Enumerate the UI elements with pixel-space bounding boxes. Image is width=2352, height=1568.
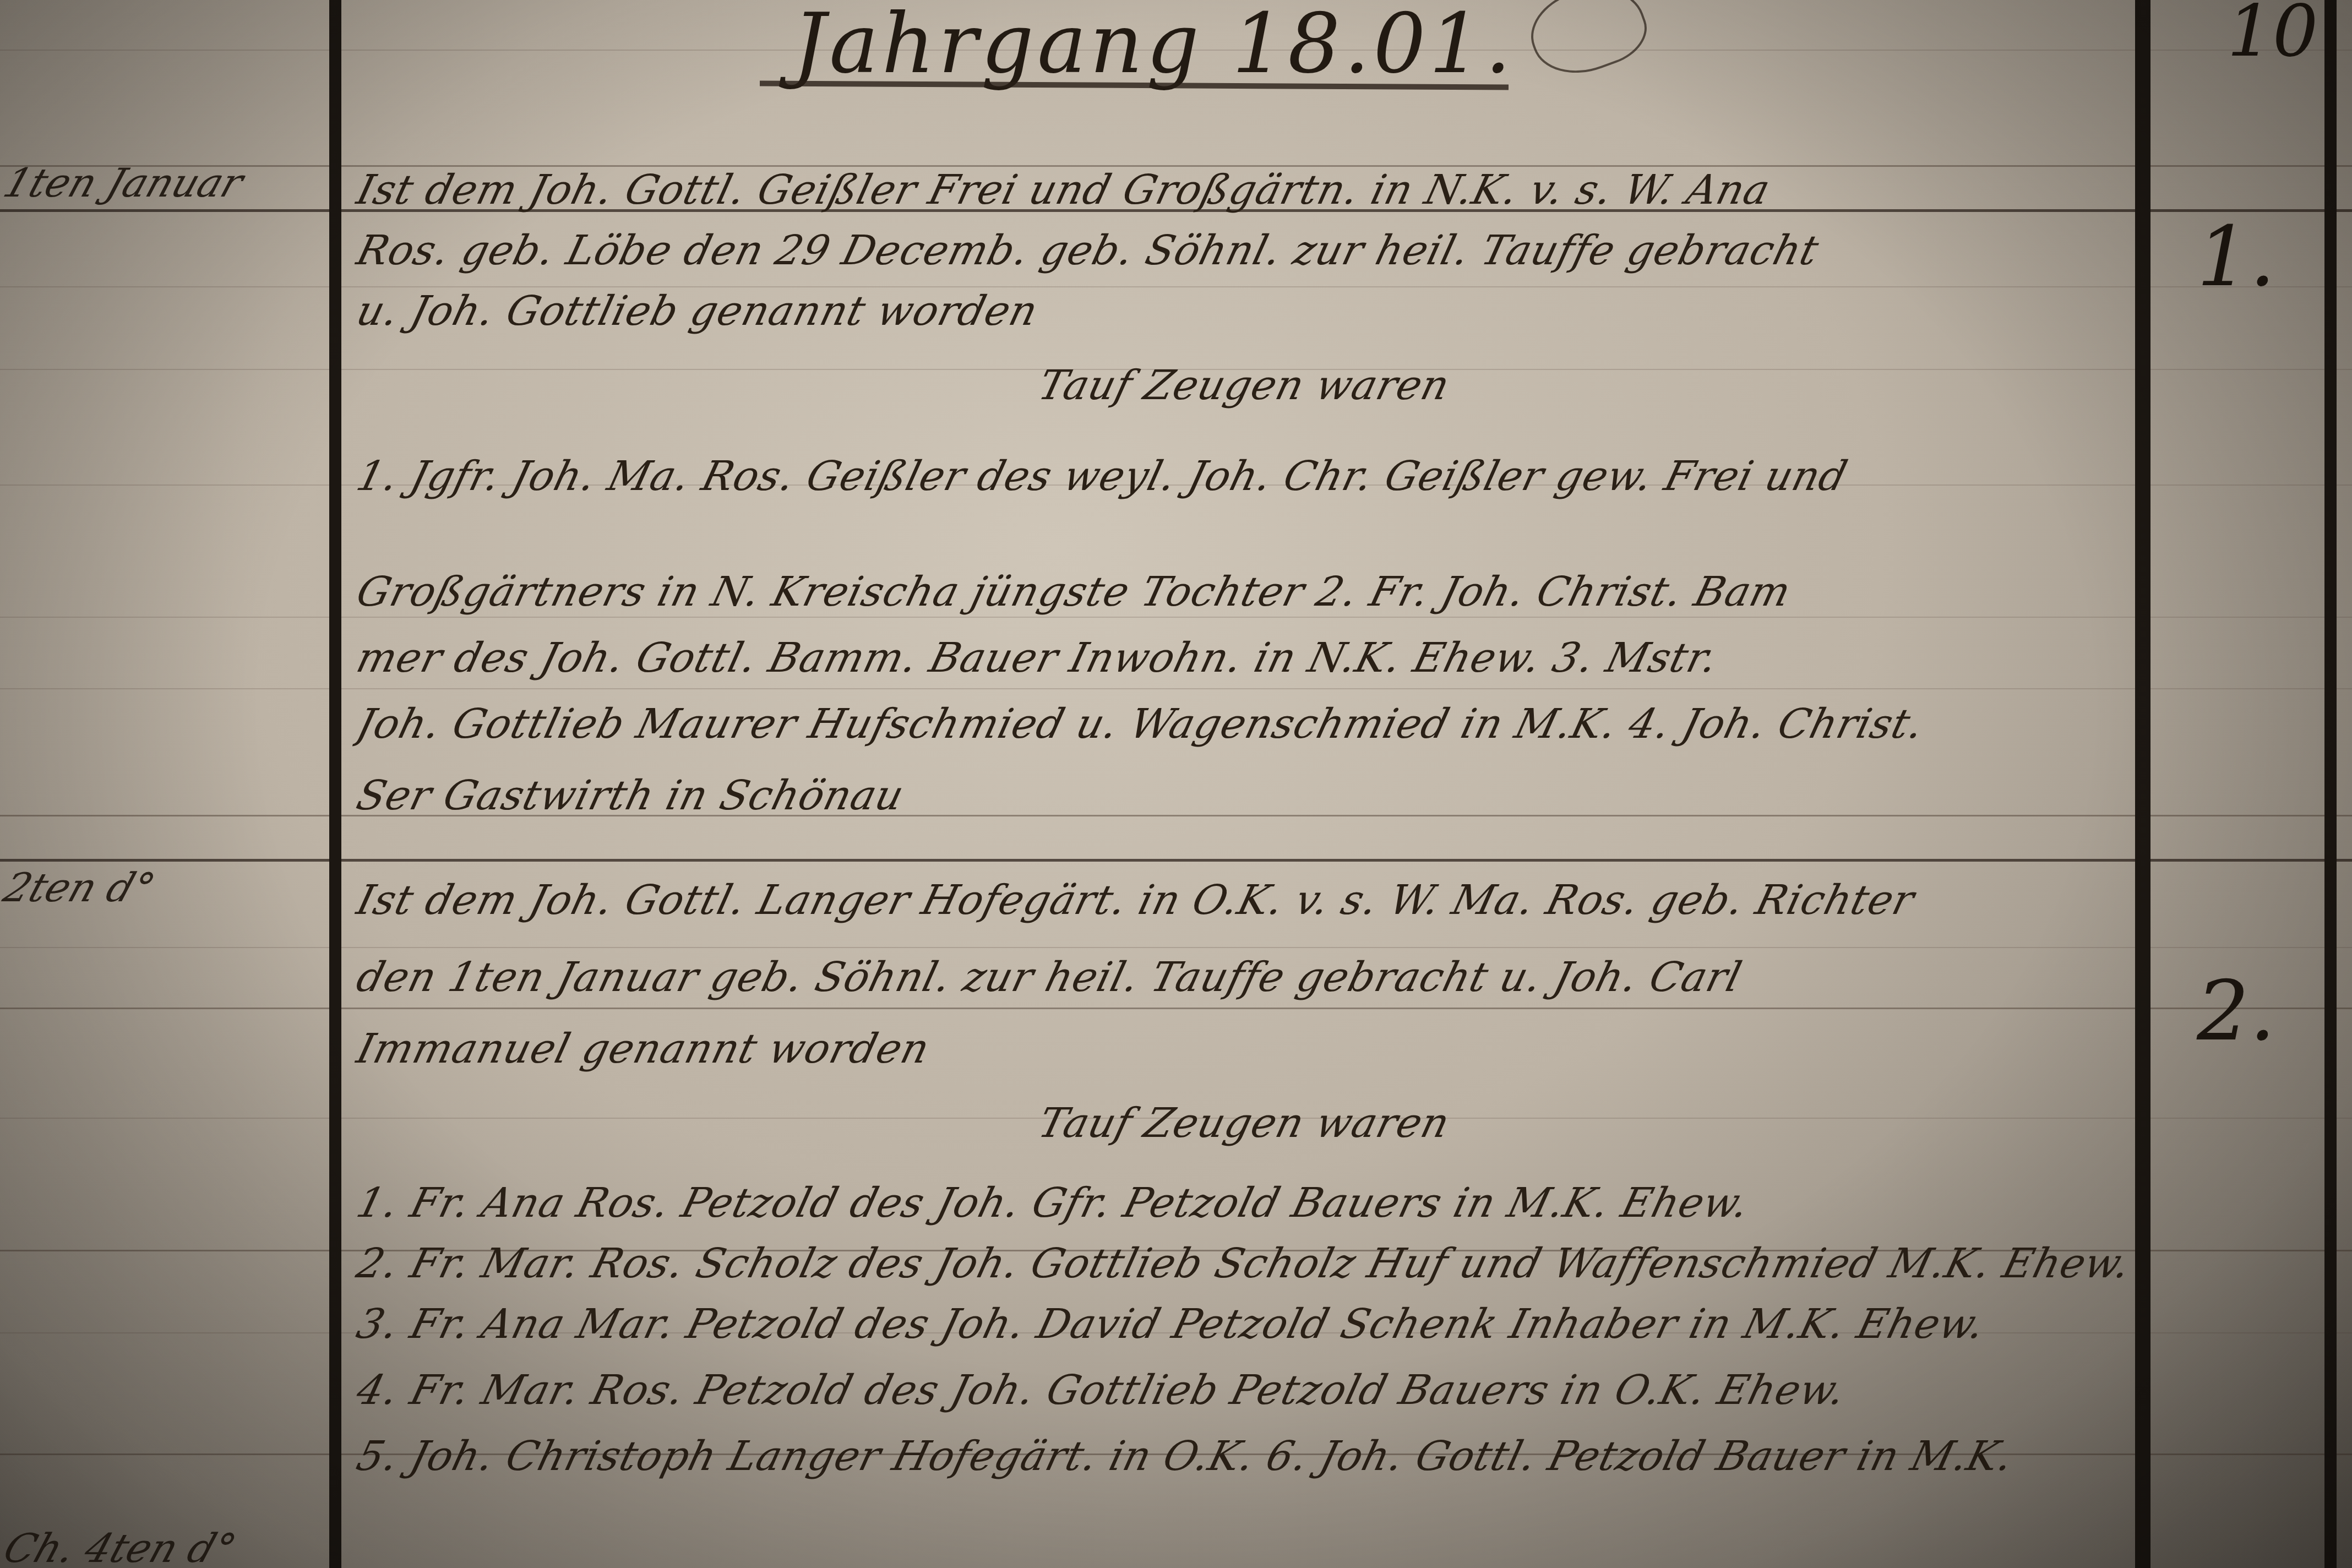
ruled-line: [0, 859, 2352, 862]
sponsor-line: Joh. Gottlieb Maurer Hufschmied u. Wagen…: [352, 699, 2137, 749]
sponsor-line: Ser Gastwirth in Schönau: [352, 771, 2137, 820]
entry-line: den 1ten Januar geb. Söhnl. zur heil. Ta…: [352, 952, 2137, 1002]
entry-line: u. Joh. Gottlieb genannt worden: [352, 286, 2137, 336]
sponsor-line: 1. Jgfr. Joh. Ma. Ros. Geißler des weyl.…: [352, 451, 2137, 501]
signature-flourish-icon: [1520, 0, 1656, 88]
entry-number: 1.: [2197, 209, 2275, 305]
margin-column-rule: [329, 0, 341, 1568]
sponsor-line: 4. Fr. Mar. Ros. Petzold des Joh. Gottli…: [352, 1365, 2137, 1415]
entry-number: 2.: [2197, 963, 2275, 1059]
sponsors-heading: Tauf Zeugen waren: [352, 1098, 2137, 1148]
sponsor-line: 5. Joh. Christoph Langer Hofegärt. in O.…: [352, 1431, 2137, 1481]
sponsor-line: 3. Fr. Ana Mar. Petzold des Joh. David P…: [352, 1299, 2137, 1349]
page-title: Jahrgang 18.01.: [793, 0, 1515, 88]
sponsor-line: 2. Fr. Mar. Ros. Scholz des Joh. Gottlie…: [352, 1239, 2137, 1288]
entry-line: Ist dem Joh. Gottl. Geißler Frei und Gro…: [352, 165, 2137, 215]
sponsors-heading: Tauf Zeugen waren: [352, 361, 2137, 410]
ruled-line: [0, 617, 2352, 618]
margin-date: 2ten d°: [0, 864, 333, 911]
sponsor-line: 1. Fr. Ana Ros. Petzold des Joh. Gfr. Pe…: [352, 1178, 2137, 1228]
sponsor-line: Großgärtners in N. Kreischa jüngste Toch…: [352, 567, 2137, 617]
entry-line: Ist dem Joh. Gottl. Langer Hofegärt. in …: [352, 875, 2137, 925]
number-column-rule: [2135, 0, 2150, 1568]
page-number: 10: [2227, 0, 2318, 73]
sponsor-line: mer des Joh. Gottl. Bamm. Bauer Inwohn. …: [352, 633, 2137, 683]
margin-date: 1ten Januar: [0, 160, 333, 206]
entry-line: Immanuel genannt worden: [352, 1024, 2137, 1074]
entry-line: Ros. geb. Löbe den 29 Decemb. geb. Söhnl…: [352, 226, 2137, 275]
page-edge-rule: [2324, 0, 2337, 1568]
margin-date-partial: Ch. 4ten d°: [0, 1525, 333, 1568]
ruled-line: [0, 947, 2352, 948]
ruled-line: [0, 688, 2352, 689]
ruled-line: [0, 1008, 2352, 1009]
